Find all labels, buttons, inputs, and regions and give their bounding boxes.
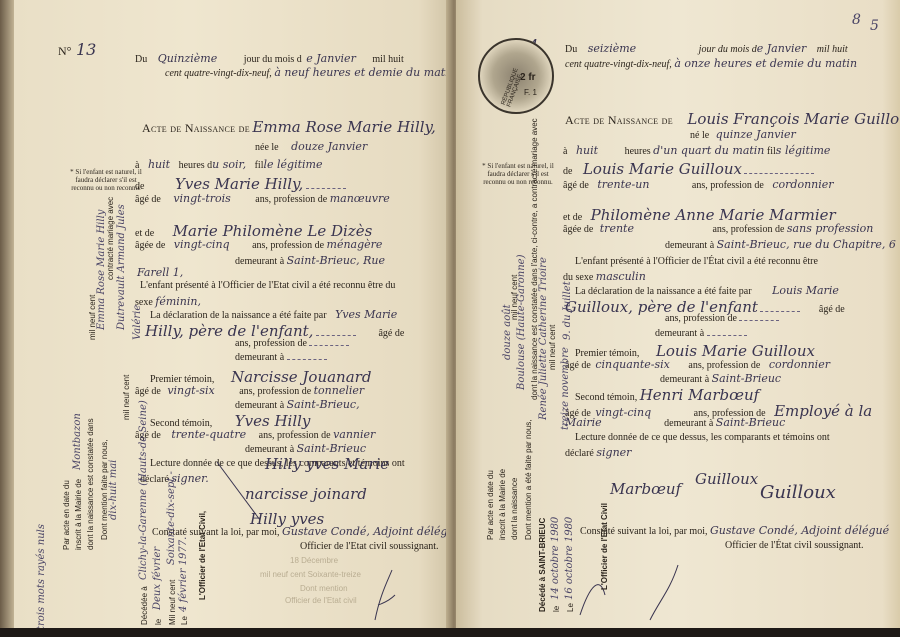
- residence-row: demeurant à Saint-Brieuc, Rue: [235, 254, 385, 267]
- label-a: à: [563, 146, 567, 157]
- declarant-name: Louis Marie: [772, 284, 839, 297]
- margin-marriage-printed-3: mil neuf cent: [122, 375, 131, 420]
- label-mil: mil huit: [817, 44, 848, 55]
- birth-time-suffix: u soir,: [212, 158, 246, 171]
- label-jour: jour du mois d: [699, 44, 757, 55]
- footnote: * Si l'enfant est naturel, il faudra déc…: [482, 162, 554, 186]
- label-du: Du: [135, 54, 147, 65]
- father-name: Louis Marie Guilloux: [583, 160, 742, 178]
- child-name: Emma Rose Marie Hilly,: [252, 118, 435, 136]
- faint-stamp-line-3: Dont mention: [300, 584, 348, 593]
- margin-mention-place: Montbazon: [72, 413, 83, 470]
- officer-title: Officier de l'Etat civil soussignant.: [300, 541, 439, 552]
- father-row: de Louis Marie Guilloux: [563, 160, 814, 178]
- page-mark-2: 5: [870, 18, 879, 34]
- hour-value: à neuf heures et demie du matin: [274, 66, 455, 79]
- margin-mention-printed-2: inscrit à la Mairie de: [74, 479, 83, 550]
- margin-death-printed-3: Le: [566, 603, 575, 612]
- witness2-age-row: âgé de trente-quatre ans, profession de …: [135, 428, 375, 441]
- seal-value: 2 fr: [520, 72, 536, 83]
- label-profession: ans, profession de: [252, 240, 324, 251]
- witness1-profession: tonnelier: [314, 384, 365, 397]
- margin-marriage-extra: Valérie: [132, 305, 143, 340]
- label-age: âgé de: [135, 386, 161, 397]
- margin-death-year: Soixante-dix-sept -: [166, 471, 177, 565]
- blank-filler: [744, 168, 814, 174]
- label-demeurant: demeurant à: [664, 418, 713, 429]
- margin-death-officer: L'Officier de l'Etat Civil,: [198, 511, 207, 600]
- birth-time-suffix: d'un quart du matin: [653, 144, 764, 157]
- label-age: âgé de: [819, 304, 845, 315]
- blank-filler: [707, 330, 747, 336]
- label-demeurant: demeurant à: [235, 256, 284, 267]
- stamp-signature-icon: [370, 565, 400, 625]
- margin-marriage-place: Boulouse (Haute-Garonne): [516, 255, 527, 391]
- witness1-age-row: âgé de cinquante-six ans, profession de …: [565, 358, 830, 371]
- birth-date-row: née le douze Janvier: [255, 140, 367, 153]
- date-line-1: Du seizième jour du mois de Janvier mil …: [565, 42, 848, 55]
- page-mark-1: 8: [852, 12, 861, 28]
- date-line-1: Du Quinzième jour du mois d e Janvier mi…: [135, 52, 404, 65]
- witness1-residence-row: demeurant à Saint-Brieuc: [660, 372, 781, 385]
- act-title-row: Acte de Naissance de Louis François Mari…: [565, 110, 900, 128]
- witness2-age: trente-quatre: [171, 428, 246, 441]
- margin-mention-note: trois mots rayés nuls: [36, 524, 47, 630]
- republique-francaise-seal-icon: RÉPUBLIQUE FRANÇAISE 2 fr F. 1: [478, 38, 554, 114]
- witness2-profession: Employé à la: [774, 402, 872, 420]
- label-jour: jour du mois d: [244, 54, 302, 65]
- father-age: trente-un: [597, 178, 649, 191]
- declarant-name: Yves Marie: [335, 308, 397, 321]
- label-profession: ans, profession de: [255, 194, 327, 205]
- label-age: âgé de: [378, 328, 404, 339]
- lecture-text: Lecture donnée de ce que dessus, les com…: [575, 432, 830, 443]
- label-agee: âgée de: [135, 240, 165, 251]
- mother-age-row: âgée de vingt-cinq ans, profession de mé…: [135, 238, 382, 251]
- witness1-profession: cordonnier: [769, 358, 830, 371]
- margin-marriage-printed-2: contracté mariage avec: [106, 197, 115, 280]
- margin-death-date: Deux février: [152, 547, 163, 610]
- witness1-residence: Saint-Brieuc: [712, 372, 781, 385]
- margin-death-printed-4: Le: [180, 616, 189, 625]
- label-demeurant: demeurant à: [245, 444, 294, 455]
- label-demeurant: demeurant à: [235, 352, 284, 363]
- margin-death-date: 14 octobre 1980: [550, 517, 561, 600]
- margin-death-printed-2: le: [154, 619, 163, 625]
- margin-marriage-printed-3: mil neuf cent: [548, 325, 557, 370]
- officer-title: Officier de l'État civil soussignant.: [725, 540, 864, 551]
- act-title-label: Acte de Naissance de: [142, 121, 250, 135]
- act-title-label: Acte de Naissance de: [565, 113, 673, 127]
- label-nee-le: née le: [255, 142, 279, 153]
- signature-stroke-icon: [215, 460, 265, 525]
- label-demeurant: demeurant à: [660, 374, 709, 385]
- margin-mention-printed-1: Par acte en date du: [62, 480, 71, 550]
- blank-filler: [306, 183, 346, 189]
- margin-death-date2: 4 février 1977.: [178, 537, 189, 612]
- day-value: seizième: [588, 42, 636, 55]
- blank-filler: [739, 315, 779, 321]
- father-age-row: âgé de trente-un ans, profession de cord…: [563, 178, 834, 191]
- birth-hour: huit: [576, 144, 598, 157]
- witness2-residence: Saint-Brieuc: [716, 416, 785, 429]
- act-title-row: Acte de Naissance de Emma Rose Marie Hil…: [142, 118, 436, 136]
- hour-value: à onze heures et demie du matin: [674, 57, 857, 70]
- sex-value: féminin,: [155, 295, 201, 308]
- witness1-residence-row: demeurant à Saint-Brieuc,: [235, 398, 360, 411]
- margin-mention-printed-1: Par acte en date du: [486, 470, 495, 540]
- declaration-text: La déclaration de la naissance a été fai…: [575, 286, 752, 297]
- witness2-residence-row: demeurant à Saint-Brieuc: [245, 442, 366, 455]
- label-demeurant: demeurant à: [665, 240, 714, 251]
- act-number-prefix: N°: [58, 44, 71, 59]
- margin-marriage-spouse: Dutrevault Armand Jules: [116, 204, 127, 330]
- day-value: Quinzième: [158, 52, 217, 65]
- father-age-row: âgé de vingt-trois ans, profession de ma…: [135, 192, 390, 205]
- margin-death-printed-1: Décédé à SAINT-BRIEUC: [538, 518, 547, 612]
- filiation: le légitime: [263, 158, 322, 171]
- label-du: Du: [565, 44, 577, 55]
- margin-death-printed-1: Décédée à: [140, 586, 149, 625]
- label-profession: ans, profession de: [259, 430, 331, 441]
- label-heures: heures d: [179, 160, 213, 171]
- label-profession: ans, profession de: [712, 224, 784, 235]
- blank-filler: [287, 354, 327, 360]
- label-profession: ans, profession de: [665, 313, 737, 324]
- mother-age: vingt-cinq: [174, 238, 230, 251]
- margin-death-printed-3: Mil neuf cent: [168, 580, 177, 625]
- label-age: âgé de: [135, 194, 161, 205]
- margin-marriage-date: douze août: [502, 304, 513, 360]
- witness2-profession: vannier: [333, 428, 375, 441]
- declare-row: déclaré signer: [565, 446, 631, 459]
- margin-death-date2: 16 octobre 1980: [564, 517, 575, 600]
- signature-1: Hilly yves Marie: [265, 455, 389, 473]
- witness2-residence: Saint-Brieuc: [297, 442, 366, 455]
- blank-filler: [316, 330, 356, 336]
- birth-hour: huit: [148, 158, 170, 171]
- mother-profession: ménagère: [327, 238, 383, 251]
- filiation: s légitime: [776, 144, 831, 157]
- margin-marriage-note: 9. du Juillet: [562, 281, 573, 340]
- child-name: Louis François Marie Guilloux: [687, 110, 900, 128]
- residence: Saint-Brieuc, rue du Chapitre, 6: [717, 238, 896, 251]
- month-value: e Janvier: [757, 42, 807, 55]
- declarant-residence-row: demeurant à: [235, 352, 327, 363]
- birth-date: quinze Janvier: [716, 128, 796, 141]
- enfant-text: L'enfant présenté à l'Officier de l'État…: [575, 256, 818, 267]
- declarant-prof-row: ans, profession de: [665, 313, 779, 324]
- mother-profession: sans profession: [787, 222, 873, 235]
- open-register-book: N° 13 Du Quinzième jour du mois d e Janv…: [0, 0, 900, 630]
- signature-3: Guilloux: [760, 482, 836, 503]
- father-age: vingt-trois: [173, 192, 230, 205]
- residence-row: demeurant à Saint-Brieuc, rue du Chapitr…: [665, 238, 896, 251]
- enfant-text: L'enfant présenté à l'Officier de l'Etat…: [140, 280, 395, 291]
- month-value: e Janvier: [306, 52, 356, 65]
- label-heures: heures: [625, 146, 651, 157]
- declaration-text: La déclaration de la naissance a été fai…: [150, 310, 327, 321]
- label-profession: ans, profession de: [235, 338, 307, 349]
- margin-mention-date: dix-huit mai: [108, 460, 119, 520]
- year-text: cent quatre-vingt-dix-neuf,: [565, 59, 672, 70]
- officer-name: Gustave Condé, Adjoint délégué: [710, 524, 889, 537]
- father-name: Yves Marie Hilly,: [175, 175, 303, 193]
- witness1-age-row: âgé de vingt-six ans, profession de tonn…: [135, 384, 364, 397]
- declaration-row: La déclaration de la naissance a été fai…: [150, 308, 397, 321]
- label-de: de: [563, 166, 572, 177]
- declarant-residence-row: demeurant à: [655, 328, 747, 339]
- label-profession: ans, profession de: [692, 180, 764, 191]
- label-profession: ans, profession de: [688, 360, 760, 371]
- label-age: âgé de: [563, 180, 589, 191]
- father-profession: manœuvre: [330, 192, 390, 205]
- margin-marriage-date2: treize novembre: [560, 347, 571, 430]
- father-profession: cordonnier: [772, 178, 833, 191]
- faint-stamp-line-2: mil neuf cent Soixante-treize: [260, 570, 361, 579]
- signature-1: Guilloux: [695, 470, 758, 488]
- constate-row: Constaté suivant la loi, par moi, Gustav…: [580, 524, 889, 537]
- margin-mention-printed-3: dont la naissance est constatée dans: [86, 418, 95, 550]
- date-line-2: cent quatre-vingt-dix-neuf, à onze heure…: [565, 57, 857, 70]
- label-demeurant: demeurant à: [235, 400, 284, 411]
- margin-death-officer: L'Officier de l'Etat Civil: [600, 503, 609, 590]
- label-mil: mil huit: [372, 54, 403, 65]
- label-demeurant: demeurant à: [655, 328, 704, 339]
- label-profession: ans, profession de: [239, 386, 311, 397]
- year-text: cent quatre-vingt-dix-neuf,: [165, 68, 272, 79]
- witness1-residence: Saint-Brieuc,: [287, 398, 360, 411]
- label-agee: âgée de: [563, 224, 593, 235]
- father-row: de Yves Marie Hilly,: [135, 175, 346, 193]
- declare-value: signer: [596, 446, 631, 459]
- sex-row: sexe féminin,: [135, 295, 201, 308]
- witness1-age: vingt-six: [167, 384, 214, 397]
- margin-death-place: Clichy-la-Garenne (Hauts-de-Seine): [138, 400, 149, 580]
- residence-cont: Farell 1,: [137, 266, 183, 279]
- sex-value: masculin: [596, 270, 646, 283]
- label-declare: déclaré: [565, 448, 594, 459]
- faint-stamp-line-4: Officier de l'Etat civil: [285, 596, 357, 605]
- seal-sub: F. 1: [524, 88, 537, 97]
- faint-stamp-line-1: 18 Décembre: [290, 556, 338, 565]
- birth-time-row: à huit heures d'un quart du matin fils l…: [563, 144, 830, 157]
- declarant-prof-row: ans, profession de: [235, 338, 349, 349]
- birth-time-row: à huit heures du soir, fille légitime: [135, 158, 322, 171]
- signature-2: Marbœuf: [610, 480, 681, 498]
- footnote: * Si l'enfant est naturel, il faudra déc…: [70, 168, 142, 192]
- birth-date: douze Janvier: [291, 140, 367, 153]
- sex-row: du sexe masculin: [563, 270, 646, 283]
- mother-age-row: âgée de trente ans, profession de sans p…: [563, 222, 873, 235]
- residence: Saint-Brieuc, Rue: [287, 254, 385, 267]
- declaration-row: La déclaration de la naissance a été fai…: [575, 284, 839, 297]
- scan-bottom-edge: [0, 628, 900, 637]
- date-line-2: cent quatre-vingt-dix-neuf, à neuf heure…: [165, 66, 456, 79]
- witness2-residence-row: Mairie demeurant à Saint-Brieuc: [565, 416, 785, 429]
- margin-mention-printed-4: Dont mention a été faite par nous,: [524, 419, 533, 540]
- margin-mention-printed-3: dont la naissance: [510, 478, 519, 540]
- label-fil: fil: [767, 146, 776, 157]
- act-number: 13: [76, 40, 96, 59]
- label-ne-le: né le: [690, 130, 709, 141]
- mother-age: trente: [600, 222, 634, 235]
- officer-name: Gustave Condé, Adjoint délégué: [282, 525, 461, 538]
- witness1-age: cinquante-six: [595, 358, 670, 371]
- margin-mention-printed-2: inscrit à la Mairie de: [498, 469, 507, 540]
- birth-date-row: né le quinze Janvier: [690, 128, 796, 141]
- margin-death-printed-2: le: [552, 606, 561, 612]
- blank-filler: [309, 340, 349, 346]
- blank-filler: [760, 306, 800, 312]
- officer-signature-icon: [570, 545, 690, 625]
